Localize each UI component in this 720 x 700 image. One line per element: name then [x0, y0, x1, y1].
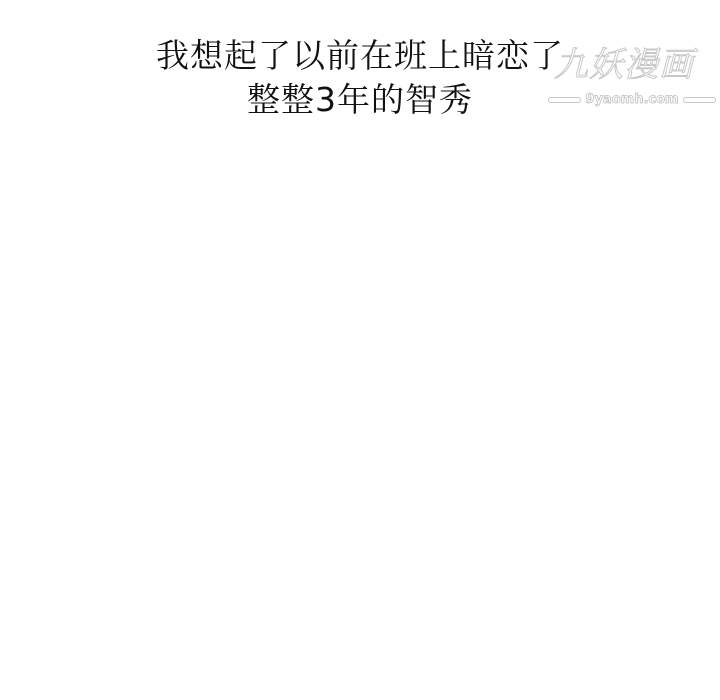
site-watermark: 九妖漫画 9yaomh.com	[548, 46, 718, 112]
watermark-title: 九妖漫画	[554, 46, 694, 84]
watermark-url: 9yaomh.com	[585, 92, 678, 107]
comic-panel: 我想起了以前在班上暗恋了 整整3年的智秀 九妖漫画 9yaomh.com	[0, 0, 720, 700]
watermark-left-rule	[548, 97, 581, 103]
watermark-right-rule	[683, 97, 716, 103]
watermark-url-row: 9yaomh.com	[548, 92, 716, 107]
